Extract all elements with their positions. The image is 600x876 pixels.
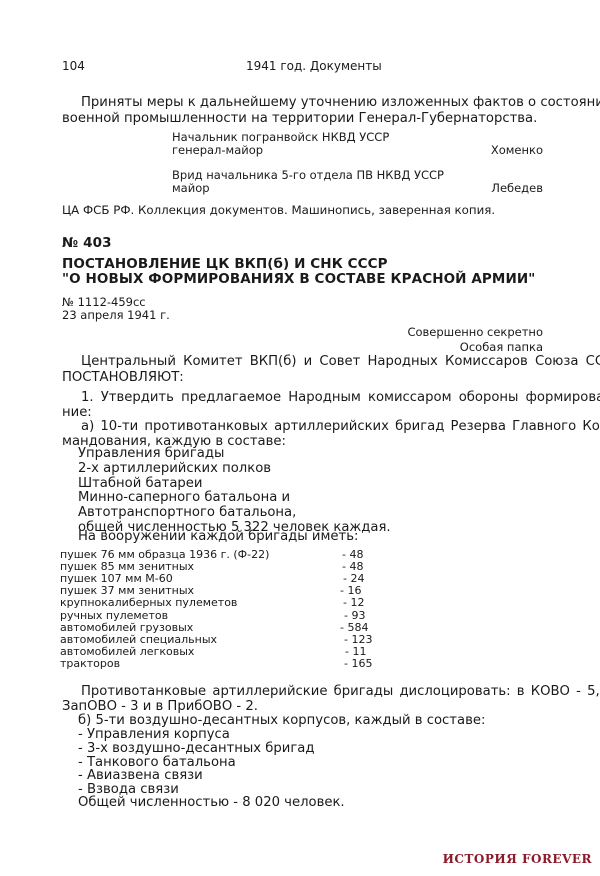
- signature-1-name: Хоменко: [491, 143, 543, 157]
- signature-2-position: Врид начальника 5-го отдела ПВ НКВД УССР: [172, 168, 444, 182]
- armament-item: тракторов: [60, 658, 120, 670]
- closing-paragraph-line2: военной промышленности на территории Ген…: [62, 111, 537, 127]
- armament-item: автомобилей легковых: [60, 646, 194, 658]
- armament-quantity: - 12: [343, 597, 364, 609]
- item1-line1: 1. Утвердить предлагаемое Народным комис…: [81, 390, 600, 406]
- document-date: 23 апреля 1941 г.: [62, 308, 170, 322]
- classification-secret: Совершенно секретно: [407, 325, 543, 339]
- signature-1-rank: генерал-майор: [172, 143, 263, 157]
- document-number: № 403: [62, 235, 112, 251]
- brigade-composition-item: Автотранспортного батальона,: [78, 505, 296, 521]
- armament-quantity: - 93: [344, 610, 365, 622]
- armament-quantity: - 584: [340, 622, 368, 634]
- armament-quantity: - 11: [345, 646, 366, 658]
- document-title-line1: ПОСТАНОВЛЕНИЕ ЦК ВКП(б) И СНК СССР: [62, 256, 388, 272]
- running-title: 1941 год. Документы: [246, 59, 382, 73]
- signature-2-name: Лебедев: [491, 181, 543, 195]
- corps-total: Общей численностью - 8 020 человек.: [78, 795, 345, 811]
- signature-1-position: Начальник погранвойск НКВД УССР: [172, 130, 389, 144]
- classification-folder: Особая папка: [460, 340, 543, 354]
- registration-number: № 1112-459сс: [62, 295, 146, 309]
- armament-item: ручных пулеметов: [60, 610, 168, 622]
- armament-item: крупнокалиберных пулеметов: [60, 597, 237, 609]
- brigade-composition-item: 2-х артиллерийских полков: [78, 461, 271, 477]
- armament-quantity: - 123: [344, 634, 372, 646]
- source-note: ЦА ФСБ РФ. Коллекция документов. Машиноп…: [62, 203, 495, 217]
- armament-intro: На вооружении каждой бригады иметь:: [78, 529, 358, 545]
- armament-item: автомобилей специальных: [60, 634, 217, 646]
- preamble-line2: ПОСТАНОВЛЯЮТ:: [62, 370, 184, 386]
- page-number: 104: [62, 59, 85, 73]
- closing-paragraph-line1: Приняты меры к дальнейшему уточнению изл…: [81, 95, 600, 111]
- watermark-logo: ИСТОРИЯ FOREVER: [443, 852, 592, 866]
- brigade-composition-item: Управления бригады: [78, 446, 224, 462]
- deployment-line1: Противотанковые артиллерийские бригады д…: [81, 684, 600, 700]
- signature-2-rank: майор: [172, 181, 210, 195]
- brigade-composition-item: Минно-саперного батальона и: [78, 490, 290, 506]
- armament-quantity: - 165: [344, 658, 372, 670]
- preamble-line1: Центральный Комитет ВКП(б) и Совет Народ…: [81, 354, 600, 370]
- armament-item: автомобилей грузовых: [60, 622, 193, 634]
- document-title-line2: "О НОВЫХ ФОРМИРОВАНИЯХ В СОСТАВЕ КРАСНОЙ…: [62, 271, 535, 287]
- item-a-line1: а) 10-ти противотанковых артиллерийских …: [81, 419, 600, 435]
